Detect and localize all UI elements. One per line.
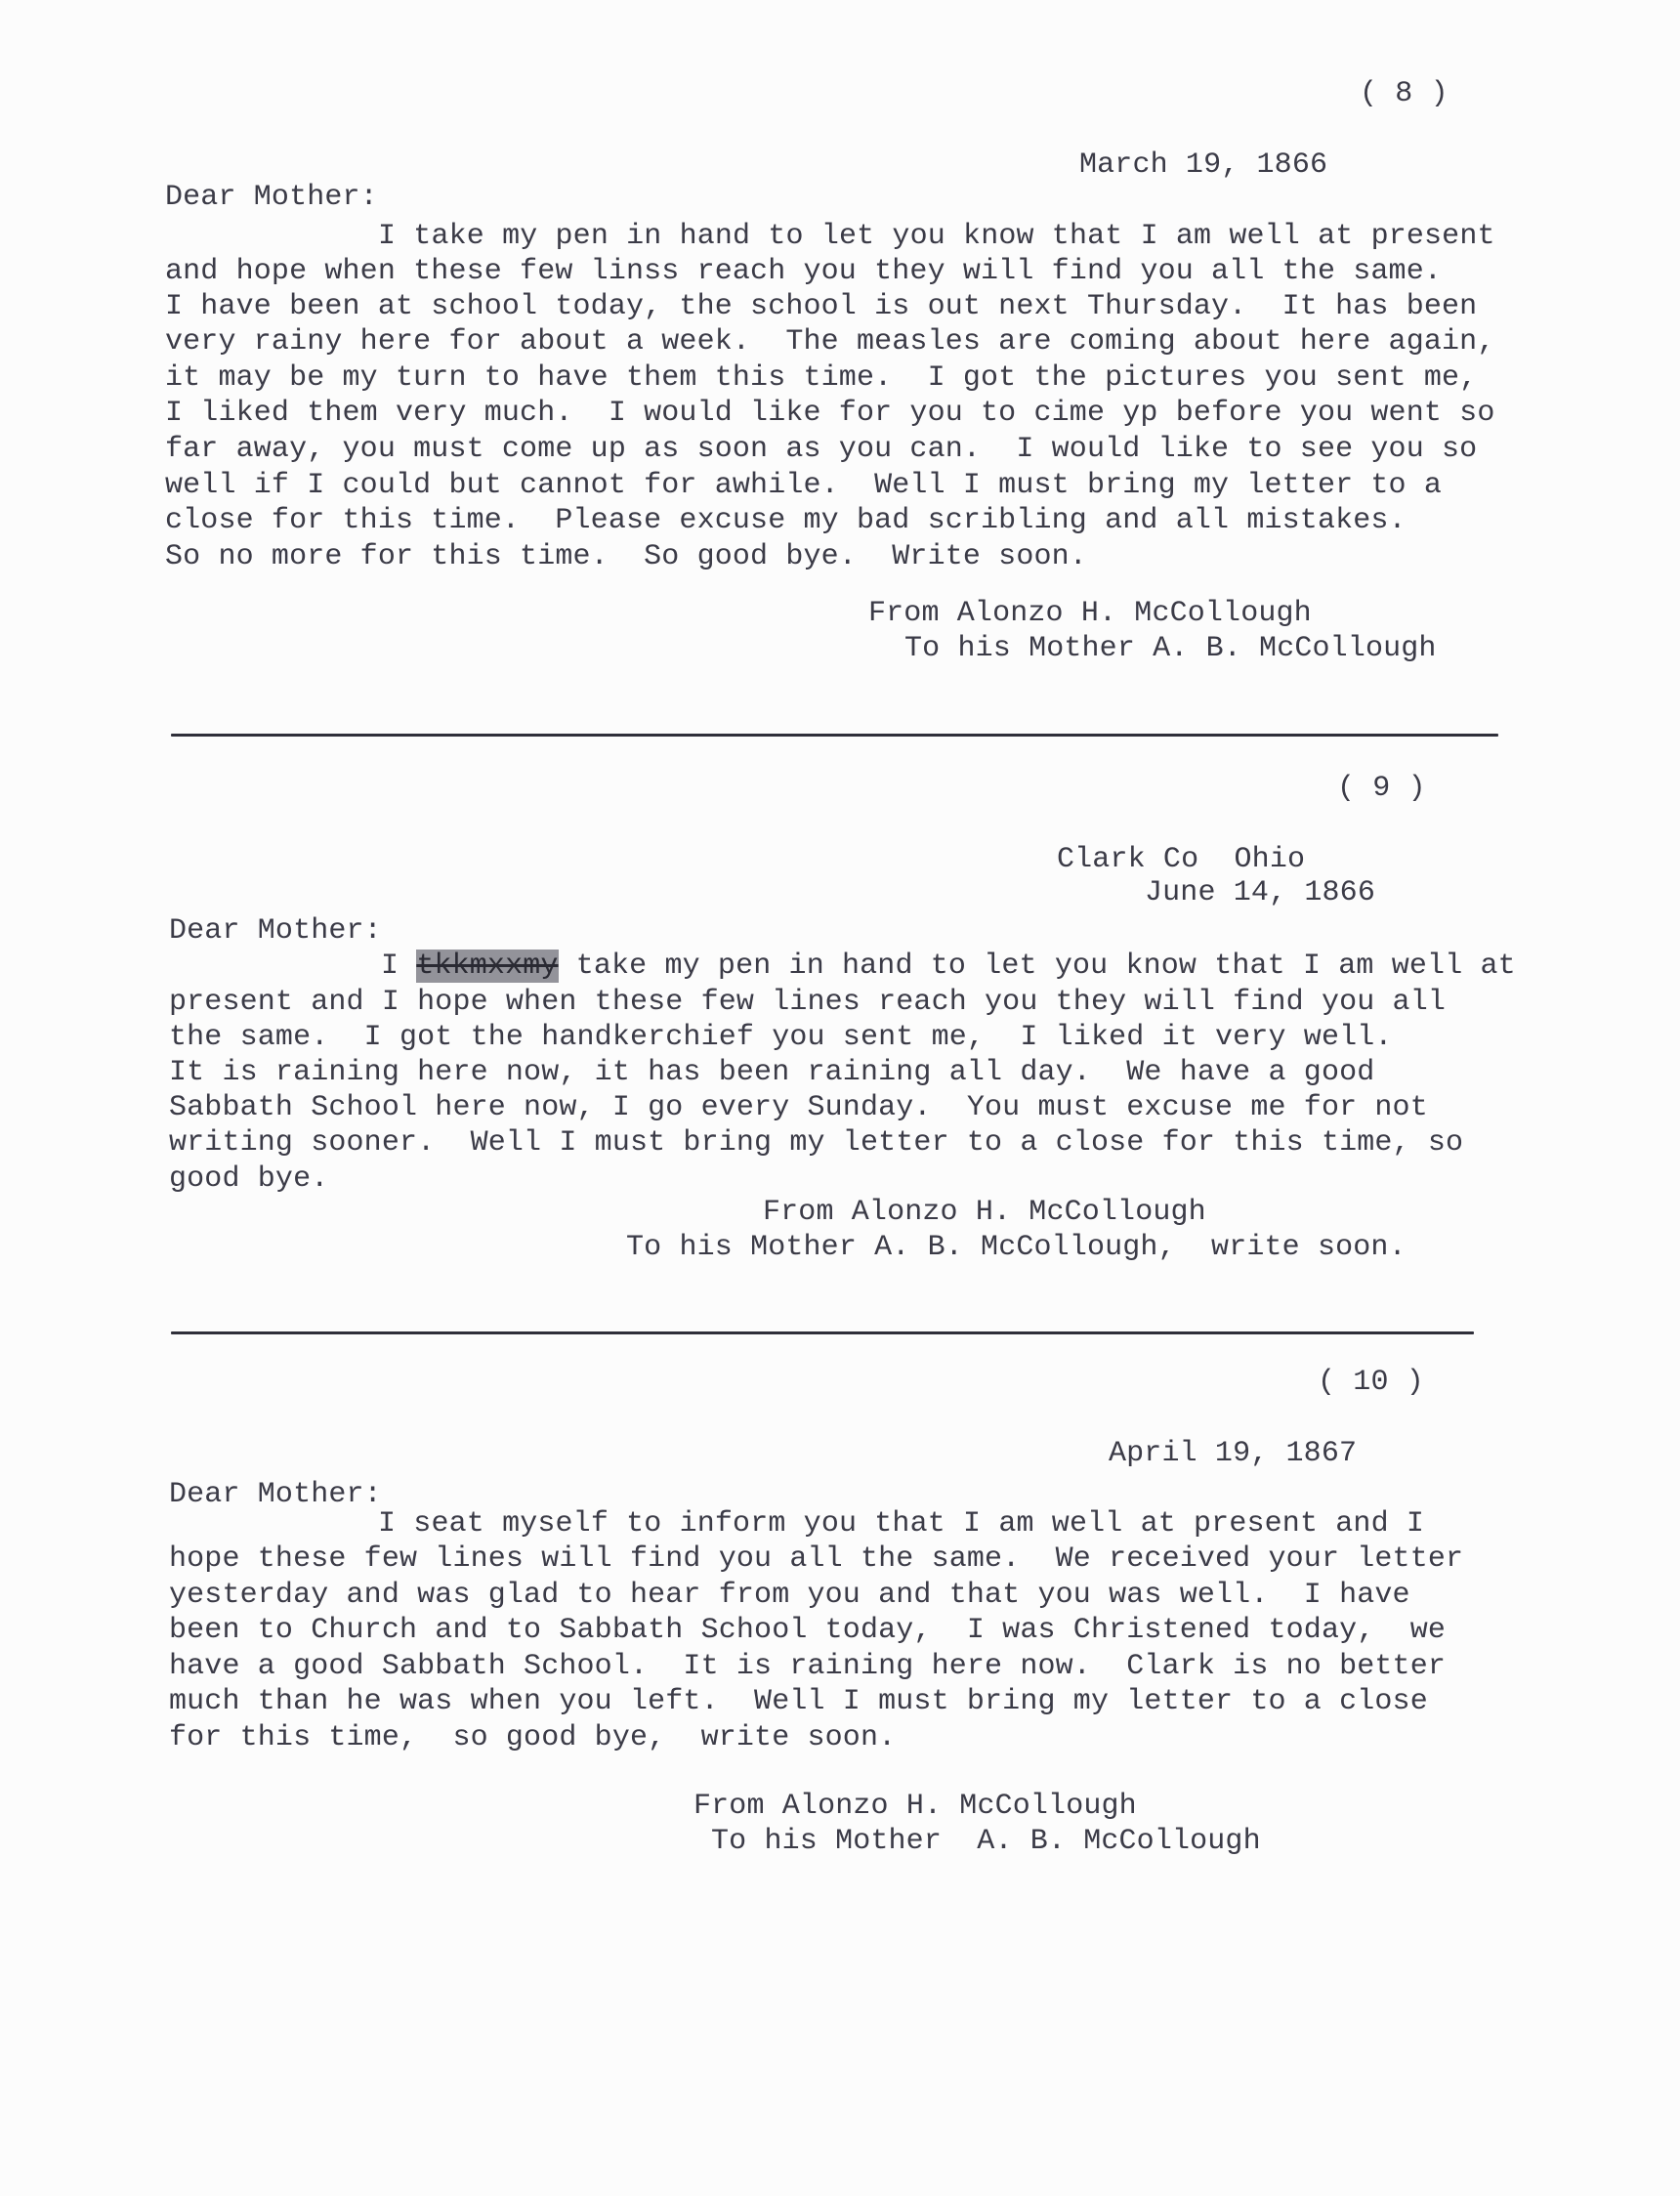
body-rest: take my pen in hand to let you know that… <box>576 950 1516 983</box>
body-line: good bye. <box>169 1161 328 1197</box>
body-line: I take my pen in hand to let you know th… <box>378 219 1495 254</box>
signature-to: To his Mother A. B. McCollough <box>904 631 1437 666</box>
body-line: Sabbath School here now, I go every Sund… <box>169 1090 1428 1125</box>
signature-to: To his Mother A. B. McCollough <box>711 1824 1261 1859</box>
body-line: It is raining here now, it has been rain… <box>169 1055 1374 1090</box>
body-line: So no more for this time. So good bye. W… <box>165 539 1087 574</box>
letter-number: ( 10 ) <box>1318 1365 1424 1400</box>
divider-rule <box>171 734 1498 737</box>
salutation: Dear Mother: <box>169 1477 382 1512</box>
salutation: Dear Mother: <box>169 913 382 949</box>
letter-number: ( 9 ) <box>1337 771 1426 806</box>
body-line: writing sooner. Well I must bring my let… <box>169 1125 1463 1161</box>
body-prefix: I <box>381 950 399 983</box>
signature-from: From Alonzo H. McCollough <box>868 596 1312 631</box>
letter-date: April 19, 1867 <box>1109 1436 1357 1471</box>
letter-date: March 19, 1866 <box>1079 148 1327 183</box>
body-line: been to Church and to Sabbath School tod… <box>169 1613 1446 1648</box>
salutation: Dear Mother: <box>165 180 378 215</box>
signature-from: From Alonzo H. McCollough <box>693 1789 1137 1824</box>
signature-to: To his Mother A. B. McCollough, write so… <box>626 1230 1407 1265</box>
body-line: yesterday and was glad to hear from you … <box>169 1578 1410 1613</box>
body-line: it may be my turn to have them this time… <box>165 360 1477 396</box>
body-line: and hope when these few linss reach you … <box>165 254 1442 289</box>
struck-out-text: tkkmxxmy <box>416 950 558 983</box>
body-line: the same. I got the handkerchief you sen… <box>169 1020 1393 1055</box>
body-line: for this time, so good bye, write soon. <box>169 1720 896 1755</box>
letter-date: June 14, 1866 <box>1145 875 1375 910</box>
divider-rule <box>171 1331 1474 1334</box>
body-line: far away, you must come up as soon as yo… <box>165 432 1477 467</box>
body-line: I tkkmxxmy take my pen in hand to let yo… <box>381 949 1516 984</box>
letter-place: Clark Co Ohio <box>1057 842 1305 877</box>
body-line: I seat myself to inform you that I am we… <box>378 1506 1424 1541</box>
body-line: close for this time. Please excuse my ba… <box>165 503 1407 538</box>
body-line: have a good Sabbath School. It is rainin… <box>169 1649 1446 1684</box>
body-line: present and I hope when these few lines … <box>169 985 1446 1020</box>
letter-number: ( 8 ) <box>1360 76 1449 111</box>
signature-from: From Alonzo H. McCollough <box>763 1195 1206 1230</box>
body-line: much than he was when you left. Well I m… <box>169 1684 1428 1719</box>
body-line: very rainy here for about a week. The me… <box>165 324 1494 359</box>
body-line: I liked them very much. I would like for… <box>165 396 1494 431</box>
body-line: well if I could but cannot for awhile. W… <box>165 468 1442 503</box>
body-line: I have been at school today, the school … <box>165 289 1477 324</box>
body-line: hope these few lines will find you all t… <box>169 1541 1463 1577</box>
